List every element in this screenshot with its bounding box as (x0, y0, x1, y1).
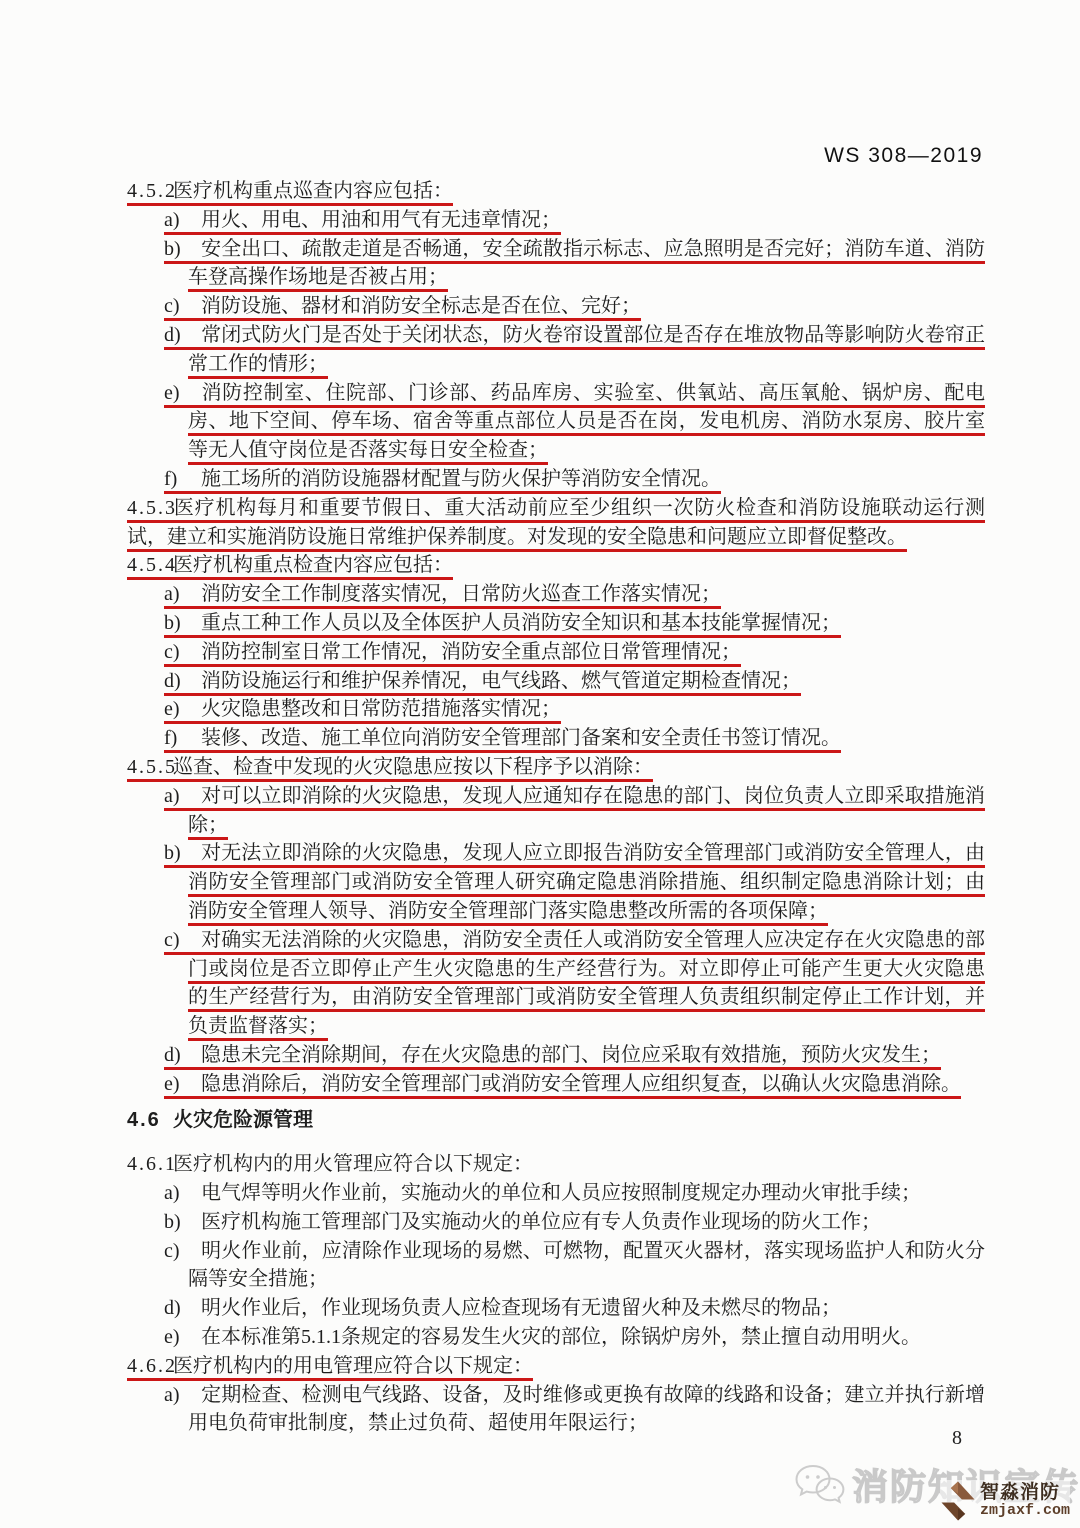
red-underline-mark: 4.5.5巡查、检查中发现的火灾隐患应按以下程序予以消除： (127, 756, 653, 782)
text-run: d)明火作业后，作业现场负责人应检查现场有无遗留火种及未燃尽的物品； (164, 1297, 841, 1319)
red-underline-mark: a)对可以立即消除的火灾隐患，发现人应通知存在隐患的部门、岗位负责人立即采取措施… (164, 785, 985, 840)
paragraph-text: 对无法立即消除的火灾隐患，发现人应立即报告消防安全管理部门或消防安全管理人，由消… (188, 842, 985, 922)
item-label: b) (164, 609, 201, 638)
list-item: b)医疗机构施工管理部门及实施动火的单位应有专人负责作业现场的防火工作； (127, 1208, 985, 1237)
red-underline-mark: 4.5.4医疗机构重点检查内容应包括： (127, 554, 453, 580)
paragraph-text: 常闭式防火门是否处于关闭状态，防火卷帘设置部位是否存在堆放物品等影响防火卷帘正常… (188, 324, 985, 375)
list-item: d)隐患未完全消除期间，存在火灾隐患的部门、岗位应采取有效措施，预防火灾发生； (127, 1041, 985, 1070)
paragraph-text: 对确实无法消除的火灾隐患，消防安全责任人或消防安全管理人应决定存在火灾隐患的部门… (188, 929, 985, 1037)
red-underline-mark: c)对确实无法消除的火灾隐患，消防安全责任人或消防安全管理人应决定存在火灾隐患的… (164, 929, 985, 1041)
text-run: 4.6.1医疗机构内的用火管理应符合以下规定： (127, 1153, 533, 1175)
item-label: a) (164, 782, 201, 811)
list-item: e)在本标准第5.1.1条规定的容易发生火灾的部位，除锅炉房外，禁止擅自动用明火… (127, 1323, 985, 1352)
paragraph-text: 医疗机构重点检查内容应包括： (173, 554, 453, 576)
list-item: e)消防控制室、住院部、门诊部、药品库房、实验室、供氧站、高压氧舱、锅炉房、配电… (127, 379, 985, 465)
item-label: c) (164, 926, 201, 955)
red-underline-mark: b)安全出口、疏散走道是否畅通，安全疏散指示标志、应急照明是否完好；消防车道、消… (164, 238, 985, 293)
list-item: f)施工场所的消防设施器材配置与防火保护等消防安全情况。 (127, 465, 985, 494)
text-run: e)在本标准第5.1.1条规定的容易发生火灾的部位，除锅炉房外，禁止擅自动用明火… (164, 1326, 921, 1348)
red-underline-mark: c)消防设施、器材和消防安全标志是否在位、完好； (164, 295, 641, 321)
item-label: b) (164, 1208, 201, 1237)
list-item: b)安全出口、疏散走道是否畅通，安全疏散指示标志、应急照明是否完好；消防车道、消… (127, 235, 985, 293)
section-number: 4.6.1 (127, 1150, 173, 1179)
list-item: a)消防安全工作制度落实情况，日常防火巡查工作落实情况； (127, 580, 985, 609)
red-underline-mark: f)施工场所的消防设施器材配置与防火保护等消防安全情况。 (164, 468, 721, 494)
list-item: b)对无法立即消除的火灾隐患，发现人应立即报告消防安全管理部门或消防安全管理人，… (127, 839, 985, 925)
document-page: WS 308—2019 4.5.2医疗机构重点巡查内容应包括：a)用火、用电、用… (0, 0, 1080, 1528)
list-item: c)消防控制室日常工作情况，消防安全重点部位日常管理情况； (127, 638, 985, 667)
section-number: 4.6 (127, 1106, 173, 1135)
item-label: e) (164, 1070, 201, 1099)
paragraph-text: 重点工种工作人员以及全体医护人员消防安全知识和基本技能掌握情况； (201, 612, 841, 634)
list-item: a)电气焊等明火作业前，实施动火的单位和人员应按照制度规定办理动火审批手续； (127, 1179, 985, 1208)
list-item: a)对可以立即消除的火灾隐患，发现人应通知存在隐患的部门、岗位负责人立即采取措施… (127, 782, 985, 840)
item-label: a) (164, 1179, 201, 1208)
list-item: b)重点工种工作人员以及全体医护人员消防安全知识和基本技能掌握情况； (127, 609, 985, 638)
paragraph-text: 消防控制室、住院部、门诊部、药品库房、实验室、供氧站、高压氧舱、锅炉房、配电房、… (188, 382, 985, 462)
item-label: a) (164, 1381, 201, 1410)
paragraph-text: 施工场所的消防设施器材配置与防火保护等消防安全情况。 (201, 468, 721, 490)
list-item: e)隐患消除后，消防安全管理部门或消防安全管理人应组织复查，以确认火灾隐患消除。 (127, 1070, 985, 1099)
text-run: a)电气焊等明火作业前，实施动火的单位和人员应按照制度规定办理动火审批手续； (164, 1182, 921, 1204)
list-item: d)消防设施运行和维护保养情况，电气线路、燃气管道定期检查情况； (127, 667, 985, 696)
paragraph-text: 巡查、检查中发现的火灾隐患应按以下程序予以消除： (173, 756, 653, 778)
section-paragraph: 4.5.2医疗机构重点巡查内容应包括： (127, 177, 985, 206)
item-label: d) (164, 1041, 201, 1070)
section-number: 4.5.5 (127, 753, 173, 782)
list-item: a)定期检查、检测电气线路、设备，及时维修或更换有故障的线路和设备；建立并执行新… (127, 1381, 985, 1439)
paragraph-text: 医疗机构施工管理部门及实施动火的单位应有专人负责作业现场的防火工作； (201, 1211, 881, 1233)
red-underline-mark: d)常闭式防火门是否处于关闭状态，防火卷帘设置部位是否存在堆放物品等影响防火卷帘… (164, 324, 985, 379)
list-item: e)火灾隐患整改和日常防范措施落实情况； (127, 695, 985, 724)
list-item: c)对确实无法消除的火灾隐患，消防安全责任人或消防安全管理人应决定存在火灾隐患的… (127, 926, 985, 1041)
paragraph-text: 医疗机构内的用火管理应符合以下规定： (173, 1153, 533, 1175)
list-item: d)常闭式防火门是否处于关闭状态，防火卷帘设置部位是否存在堆放物品等影响防火卷帘… (127, 321, 985, 379)
list-item: c)明火作业前，应清除作业现场的易燃、可燃物，配置灭火器材，落实现场监护人和防火… (127, 1237, 985, 1295)
section-paragraph: 4.5.5巡查、检查中发现的火灾隐患应按以下程序予以消除： (127, 753, 985, 782)
paragraph-text: 明火作业后，作业现场负责人应检查现场有无遗留火种及未燃尽的物品； (201, 1297, 841, 1319)
item-label: d) (164, 321, 201, 350)
list-item: d)明火作业后，作业现场负责人应检查现场有无遗留火种及未燃尽的物品； (127, 1294, 985, 1323)
paragraph-text: 定期检查、检测电气线路、设备，及时维修或更换有故障的线路和设备；建立并执行新增用… (188, 1384, 985, 1435)
list-item: a)用火、用电、用油和用气有无违章情况； (127, 206, 985, 235)
red-underline-mark: e)消防控制室、住院部、门诊部、药品库房、实验室、供氧站、高压氧舱、锅炉房、配电… (164, 382, 985, 466)
logo-name: 智淼消防 (980, 1483, 1070, 1503)
paragraph-text: 医疗机构每月和重要节假日、重大活动前应至少组织一次防火检查和消防设施联动运行测试… (127, 497, 985, 548)
wechat-icon (794, 1462, 846, 1508)
paragraph-text: 医疗机构内的用电管理应符合以下规定： (173, 1355, 533, 1377)
standard-code: WS 308—2019 (824, 144, 983, 168)
item-label: d) (164, 1294, 201, 1323)
zhimiao-logo: 智淼消防 zmjaxf.com (940, 1480, 1070, 1522)
red-underline-mark: f)装修、改造、施工单位向消防安全管理部门备案和安全责任书签订情况。 (164, 727, 841, 753)
item-label: f) (164, 465, 201, 494)
section-heading: 4.6火灾危险源管理 (127, 1106, 985, 1135)
section-paragraph: 4.5.3医疗机构每月和重要节假日、重大活动前应至少组织一次防火检查和消防设施联… (127, 494, 985, 552)
paragraph-text: 消防安全工作制度落实情况，日常防火巡查工作落实情况； (201, 583, 721, 605)
paragraph-text: 电气焊等明火作业前，实施动火的单位和人员应按照制度规定办理动火审批手续； (201, 1182, 921, 1204)
item-label: e) (164, 695, 201, 724)
text-run: 4.6火灾危险源管理 (127, 1109, 313, 1131)
paragraph-text: 用火、用电、用油和用气有无违章情况； (201, 209, 561, 231)
paragraph-text: 在本标准第5.1.1条规定的容易发生火灾的部位，除锅炉房外，禁止擅自动用明火。 (201, 1326, 921, 1348)
red-underline-mark: 4.5.3医疗机构每月和重要节假日、重大活动前应至少组织一次防火检查和消防设施联… (127, 497, 985, 552)
logo-text: 智淼消防 zmjaxf.com (980, 1483, 1070, 1519)
section-number: 4.6.2 (127, 1352, 173, 1381)
red-underline-mark: e)隐患消除后，消防安全管理部门或消防安全管理人应组织复查，以确认火灾隐患消除。 (164, 1073, 961, 1099)
item-label: c) (164, 1237, 201, 1266)
section-number: 4.5.4 (127, 551, 173, 580)
red-underline-mark: b)对无法立即消除的火灾隐患，发现人应立即报告消防安全管理部门或消防安全管理人，… (164, 842, 985, 926)
logo-domain: zmjaxf.com (980, 1503, 1070, 1519)
list-item: c)消防设施、器材和消防安全标志是否在位、完好； (127, 292, 985, 321)
text-run: b)医疗机构施工管理部门及实施动火的单位应有专人负责作业现场的防火工作； (164, 1211, 881, 1233)
zhimiao-logo-icon (940, 1480, 976, 1522)
paragraph-text: 医疗机构重点巡查内容应包括： (173, 180, 453, 202)
paragraph-text: 明火作业前，应清除作业现场的易燃、可燃物，配置灭火器材，落实现场监护人和防火分隔… (188, 1240, 985, 1291)
paragraph-text: 装修、改造、施工单位向消防安全管理部门备案和安全责任书签订情况。 (201, 727, 841, 749)
paragraph-text: 安全出口、疏散走道是否畅通，安全疏散指示标志、应急照明是否完好；消防车道、消防车… (188, 238, 985, 289)
item-label: e) (164, 1323, 201, 1352)
section-paragraph: 4.5.4医疗机构重点检查内容应包括： (127, 551, 985, 580)
text-run: a)定期检查、检测电气线路、设备，及时维修或更换有故障的线路和设备；建立并执行新… (164, 1384, 985, 1435)
red-underline-mark: d)消防设施运行和维护保养情况，电气线路、燃气管道定期检查情况； (164, 670, 801, 696)
item-label: d) (164, 667, 201, 696)
paragraph-text: 消防设施、器材和消防安全标志是否在位、完好； (201, 295, 641, 317)
red-underline-mark: b)重点工种工作人员以及全体医护人员消防安全知识和基本技能掌握情况； (164, 612, 841, 638)
section-paragraph: 4.6.1医疗机构内的用火管理应符合以下规定： (127, 1150, 985, 1179)
red-underline-mark: a)用火、用电、用油和用气有无违章情况； (164, 209, 561, 235)
paragraph-text: 隐患未完全消除期间，存在火灾隐患的部门、岗位应采取有效措施，预防火灾发生； (201, 1044, 941, 1066)
document-body: 4.5.2医疗机构重点巡查内容应包括：a)用火、用电、用油和用气有无违章情况；b… (127, 177, 985, 1438)
item-label: c) (164, 638, 201, 667)
item-label: f) (164, 724, 201, 753)
list-item: f)装修、改造、施工单位向消防安全管理部门备案和安全责任书签订情况。 (127, 724, 985, 753)
item-label: a) (164, 580, 201, 609)
paragraph-text: 消防控制室日常工作情况，消防安全重点部位日常管理情况； (201, 641, 741, 663)
red-underline-mark: a)消防安全工作制度落实情况，日常防火巡查工作落实情况； (164, 583, 721, 609)
item-label: c) (164, 292, 201, 321)
section-paragraph: 4.6.2医疗机构内的用电管理应符合以下规定： (127, 1352, 985, 1381)
red-underline-mark: e)火灾隐患整改和日常防范措施落实情况； (164, 698, 561, 724)
page-number: 8 (952, 1427, 962, 1450)
item-label: a) (164, 206, 201, 235)
section-number: 4.5.3 (127, 494, 173, 523)
red-underline-mark: d)隐患未完全消除期间，存在火灾隐患的部门、岗位应采取有效措施，预防火灾发生； (164, 1044, 941, 1070)
item-label: e) (164, 379, 201, 408)
item-label: b) (164, 839, 201, 868)
section-number: 4.5.2 (127, 177, 173, 206)
item-label: b) (164, 235, 201, 264)
text-run: c)明火作业前，应清除作业现场的易燃、可燃物，配置灭火器材，落实现场监护人和防火… (164, 1240, 985, 1291)
paragraph-text: 火灾隐患整改和日常防范措施落实情况； (201, 698, 561, 720)
paragraph-text: 对可以立即消除的火灾隐患，发现人应通知存在隐患的部门、岗位负责人立即采取措施消除… (188, 785, 985, 836)
red-underline-mark: 4.6.2医疗机构内的用电管理应符合以下规定： (127, 1355, 533, 1381)
paragraph-text: 消防设施运行和维护保养情况，电气线路、燃气管道定期检查情况； (201, 670, 801, 692)
paragraph-text: 隐患消除后，消防安全管理部门或消防安全管理人应组织复查，以确认火灾隐患消除。 (201, 1073, 961, 1095)
red-underline-mark: c)消防控制室日常工作情况，消防安全重点部位日常管理情况； (164, 641, 741, 667)
paragraph-text: 火灾危险源管理 (173, 1109, 313, 1131)
red-underline-mark: 4.5.2医疗机构重点巡查内容应包括： (127, 180, 453, 206)
